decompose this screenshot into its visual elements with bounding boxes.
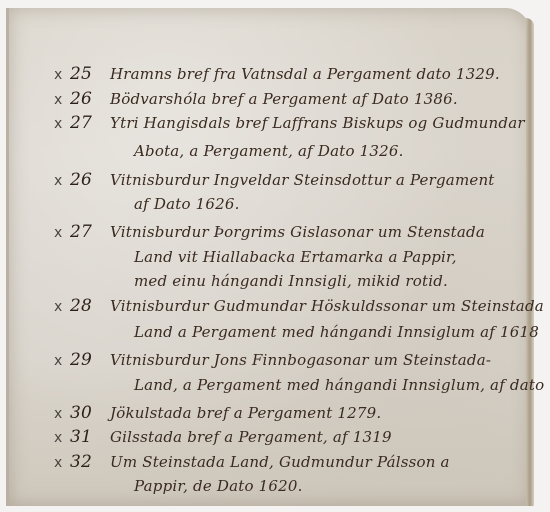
entry-text: Vitnisburdur Þorgrims Gislasonar um Sten… (110, 223, 485, 241)
entry-31-line-1: x31Gilsstada bref a Pergament, af 1319 (54, 427, 392, 447)
pencil-x-mark: x (54, 225, 70, 241)
entry-27b-line-1: x27Vitnisburdur Þorgrims Gislasonar um S… (54, 222, 485, 242)
entry-text: Abota, a Pergament, af Dato 1326. (134, 142, 404, 160)
entry-text: Vitnisburdur Jons Finnbogasonar um Stein… (110, 351, 491, 369)
entry-number: 26 (70, 89, 110, 109)
entry-text: med einu hángandi Innsigli, mikid rotid. (134, 272, 448, 290)
entry-text: Land, a Pergament med hángandi Innsiglum… (134, 376, 550, 394)
entry-30-line-1: x30Jökulstada bref a Pergament 1279. (54, 403, 381, 423)
pencil-x-mark: x (54, 430, 70, 446)
entry-text: Pappir, de Dato 1620. (134, 477, 303, 495)
entry-number: 31 (70, 427, 110, 447)
pencil-x-mark: x (54, 116, 70, 132)
entry-text: af Dato 1626. (134, 195, 240, 213)
entry-26-line-1: x26Bödvarshóla bref a Pergament af Dato … (54, 89, 458, 109)
entry-text: Land vit Hiallabacka Ertamarka a Pappir, (134, 248, 457, 266)
entry-text: Um Steinstada Land, Gudmundur Pálsson a (110, 453, 450, 471)
pencil-x-mark: x (54, 455, 70, 471)
entry-number: 25 (70, 64, 110, 84)
pencil-x-mark: x (54, 67, 70, 83)
entry-32-line-1: x32Um Steinstada Land, Gudmundur Pálsson… (54, 452, 450, 472)
pencil-x-mark: x (54, 299, 70, 315)
entry-28-line-1: x28Vitnisburdur Gudmundar Höskuldssonar … (54, 296, 544, 316)
entry-text: Bödvarshóla bref a Pergament af Dato 138… (110, 90, 458, 108)
entry-text: Vitnisburdur Gudmundar Höskuldssonar um … (110, 297, 544, 315)
pencil-x-mark: x (54, 173, 70, 189)
entry-number: 30 (70, 403, 110, 423)
entry-27b-line-2: Land vit Hiallabacka Ertamarka a Pappir, (54, 248, 457, 266)
pencil-x-mark: x (54, 353, 70, 369)
entry-27b-line-3: med einu hángandi Innsigli, mikid rotid. (54, 272, 448, 290)
pencil-x-mark: x (54, 406, 70, 422)
entry-text: Vitnisburdur Ingveldar Steinsdottur a Pe… (110, 171, 495, 189)
entry-29-line-1: x29Vitnisburdur Jons Finnbogasonar um St… (54, 350, 491, 370)
entry-number: 28 (70, 296, 110, 316)
entry-number: 27 (70, 113, 110, 133)
entry-text: Gilsstada bref a Pergament, af 1319 (110, 428, 392, 446)
entry-26b-line-1: x26Vitnisburdur Ingveldar Steinsdottur a… (54, 170, 495, 190)
entry-number: 32 (70, 452, 110, 472)
entry-28-line-2: Land a Pergament med hángandi Innsiglum … (54, 323, 539, 341)
entry-number: 27 (70, 222, 110, 242)
entry-text: Hramns bref fra Vatnsdal a Pergament dat… (110, 65, 500, 83)
entry-32-line-2: Pappir, de Dato 1620. (54, 477, 303, 495)
entry-text: Jökulstada bref a Pergament 1279. (110, 404, 381, 422)
entry-number: 26 (70, 170, 110, 190)
entry-text: Land a Pergament med hángandi Innsiglum … (134, 323, 539, 341)
entry-27-line-2: Abota, a Pergament, af Dato 1326. (54, 142, 404, 160)
entry-number: 29 (70, 350, 110, 370)
page-edge (526, 18, 534, 506)
entry-text: Ytri Hangisdals bref Laffrans Biskups og… (110, 114, 525, 132)
entry-25-line-1: x25Hramns bref fra Vatnsdal a Pergament … (54, 64, 500, 84)
entry-27-line-1: x27Ytri Hangisdals bref Laffrans Biskups… (54, 113, 525, 133)
entry-26b-line-2: af Dato 1626. (54, 195, 240, 213)
entry-29-line-2: Land, a Pergament med hángandi Innsiglum… (54, 376, 550, 394)
pencil-x-mark: x (54, 92, 70, 108)
